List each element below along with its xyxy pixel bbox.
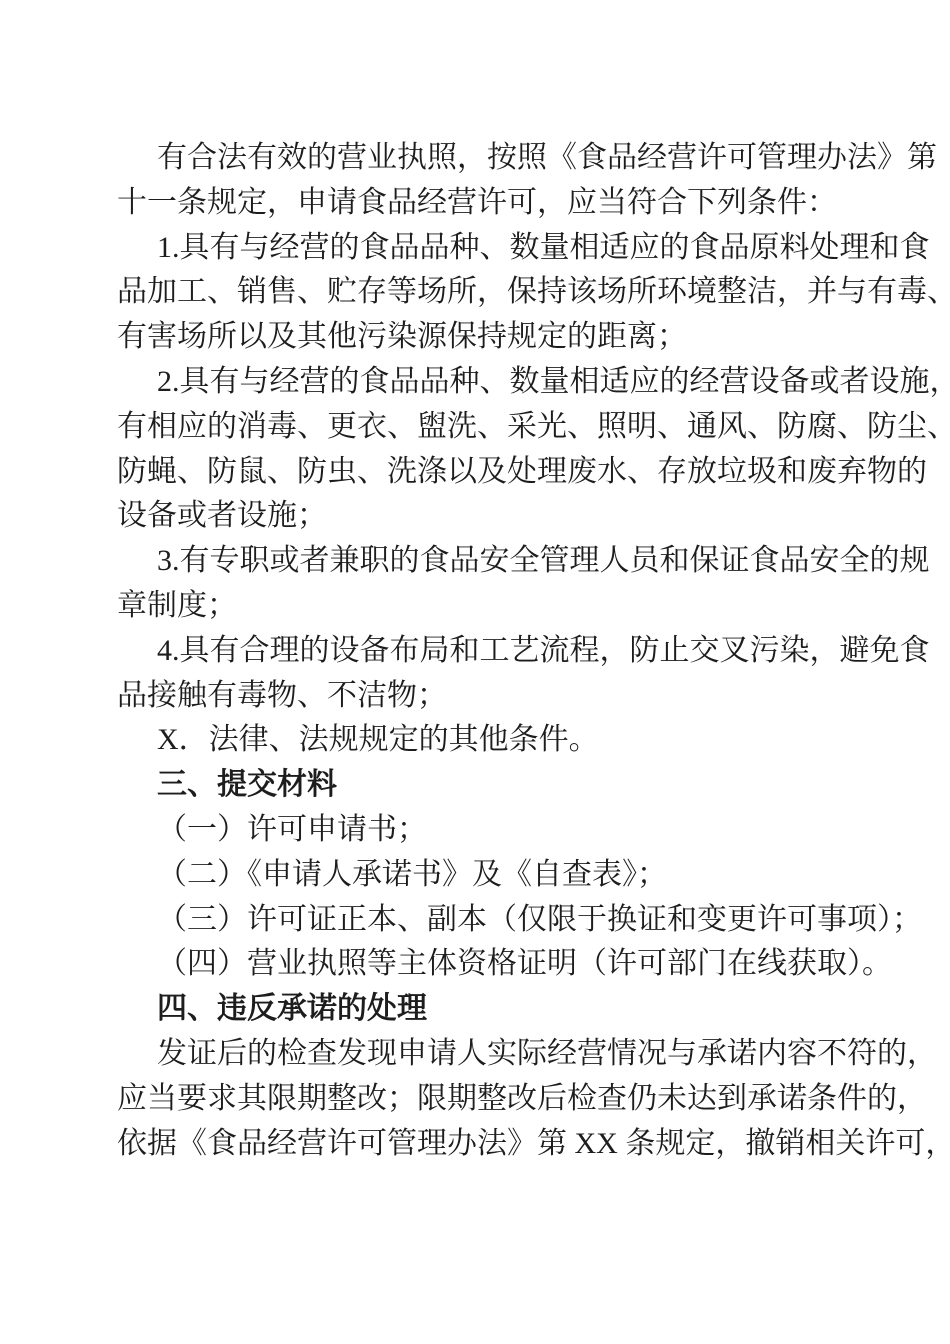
text-line: （四）营业执照等主体资格证明（许可部门在线获取）。	[117, 942, 907, 987]
text-line: 有害场所以及其他污染源保持规定的距离；	[117, 315, 907, 360]
text-line: 1.具有与经营的食品品种、数量相适应的食品原料处理和食	[117, 226, 907, 271]
text-line: 发证后的检查发现申请人实际经营情况与承诺内容不符的，	[117, 1032, 907, 1077]
text-line: 十一条规定，申请食品经营许可，应当符合下列条件：	[117, 181, 907, 226]
text-line: 品加工、销售、贮存等场所，保持该场所环境整洁，并与有毒、	[117, 270, 907, 315]
text-line: 4.具有合理的设备布局和工艺流程，防止交叉污染，避免食	[117, 629, 907, 674]
text-line: 2.具有与经营的食品品种、数量相适应的经营设备或者设施，	[117, 360, 907, 405]
text-line: X．法律、法规规定的其他条件。	[117, 718, 907, 763]
section-heading: 四、违反承诺的处理	[117, 987, 907, 1032]
text-line: 防蝇、防鼠、防虫、洗涤以及处理废水、存放垃圾和废弃物的	[117, 450, 907, 495]
text-line: 有相应的消毒、更衣、盥洗、采光、照明、通风、防腐、防尘、	[117, 405, 907, 450]
text-line: 设备或者设施；	[117, 494, 907, 539]
text-line: 3.有专职或者兼职的食品安全管理人员和保证食品安全的规	[117, 539, 907, 584]
text-line: 章制度；	[117, 584, 907, 629]
document-page: 有合法有效的营业执照，按照《食品经营许可管理办法》第十一条规定，申请食品经营许可…	[0, 0, 950, 1344]
text-line: （二）《申请人承诺书》及《自查表》；	[117, 853, 907, 898]
text-line: （一）许可申请书；	[117, 808, 907, 853]
text-line: 应当要求其限期整改；限期整改后检查仍未达到承诺条件的，	[117, 1077, 907, 1122]
text-line: 品接触有毒物、不洁物；	[117, 674, 907, 719]
text-line: （三）许可证正本、副本（仅限于换证和变更许可事项）；	[117, 898, 907, 943]
text-line: 依据《食品经营许可管理办法》第 XX 条规定，撤销相关许可，	[117, 1122, 907, 1167]
text-line: 有合法有效的营业执照，按照《食品经营许可管理办法》第	[117, 136, 907, 181]
section-heading: 三、提交材料	[117, 763, 907, 808]
document-body: 有合法有效的营业执照，按照《食品经营许可管理办法》第十一条规定，申请食品经营许可…	[117, 136, 907, 1166]
